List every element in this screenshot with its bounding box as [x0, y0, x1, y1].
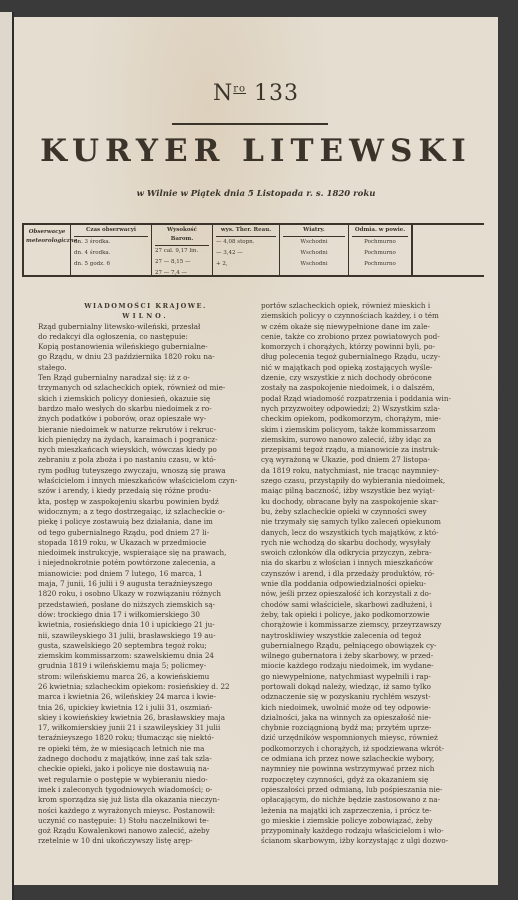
text-line: tnia 26, upickiey kwietnia 12 i julii 31… — [38, 703, 253, 713]
text-line: nić w majątkach pod opieką zostających w… — [261, 363, 476, 373]
text-line: komorzych i chorążych, którzy powinni by… — [261, 342, 476, 352]
text-line: Rząd gubernialny litewsko-wileński, prze… — [38, 322, 253, 332]
text-line: nych przyzwoitey odpowiedzi; 2) Wszystki… — [261, 404, 476, 414]
text-line: bu, żeby szlacheckie opieki w czynności … — [261, 507, 476, 517]
text-line: do redakcyi dla ogłoszenia, co następuie… — [38, 332, 253, 342]
text-line: dzić urzędników wspomnionych mieysc, rów… — [261, 733, 476, 743]
text-line: nych mieszkańcach wieyskich, wówczas kie… — [38, 445, 253, 455]
text-line: marca i kwietnia 26, wileńskiey 24 marca… — [38, 692, 253, 702]
text-line: zebraniu z pola zboża i po nastaniu czas… — [38, 455, 253, 465]
text-line: szego czasu, przystąpiły do wybierania n… — [261, 476, 476, 486]
text-line: trzymanych od szlacheckich opiek, równie… — [38, 383, 253, 393]
text-line: i niejednokrotnie potém powtórzone zalec… — [38, 558, 253, 568]
dateline: w Wilnie w Piątek dnia 5 Listopada r. s.… — [14, 189, 498, 199]
text-line: 17, wiłkomierskiey junii 21 i szawileysk… — [38, 723, 253, 733]
meteo-col-barometer: Wysokość Barom. 27 cal. 9,17 lin. 27 — 8… — [151, 225, 212, 275]
title-rule — [172, 123, 328, 125]
text-line: rych nie wchodzą do skarbu dochody, wysy… — [261, 538, 476, 548]
text-line: grudnia 1819 i wileńskiemu maja 5; polic… — [38, 661, 253, 671]
text-line: cyą wyrażoną w Ukazie, pod dniem 27 list… — [261, 455, 476, 465]
text-line: przedstawień, posłane do niższych ziemsk… — [38, 600, 253, 610]
meteorological-table: Obserwacye meteorologiczne. Czas obserwa… — [22, 223, 484, 277]
text-line: gusta, szawelskiego 20 septembra tegoż r… — [38, 641, 253, 651]
text-line: rozpoczętey czynności, gdyż za okazaniem… — [261, 775, 476, 785]
text-line: kich niedoimek, uwolnić może od tey odpo… — [261, 703, 476, 713]
text-line: ziemskim, surowo nanowo zalecić, iżby id… — [261, 435, 476, 445]
adjacent-page-edge — [0, 12, 12, 900]
text-line: go niewypełnione, natychmiast wypełnili … — [261, 672, 476, 682]
text-line: wilnego gubernatora i żeby skarbowy, w p… — [261, 651, 476, 661]
text-line: podał Rząd wiadomość rozpatrzenia i podd… — [261, 394, 476, 404]
text-line: ścianom skarbowym, iżby korzystając z ul… — [261, 836, 476, 846]
text-line: stopada 1819 roku, w Ukazach w przedmioc… — [38, 538, 253, 548]
text-line: od tego gubernialnego Rządu, pod dniem 2… — [38, 528, 253, 538]
text-line: kwietnia, rosieńskiego dnia 10 i upickie… — [38, 620, 253, 630]
text-line: portowali dokąd należy, wiedząc, iż samo… — [261, 682, 476, 692]
text-line: stałego. — [38, 363, 253, 373]
text-line: odznaczenie się w pozyskaniu rychłém wsz… — [261, 692, 476, 702]
text-line: nie trzymały się samych tylko zaleceń op… — [261, 517, 476, 527]
text-line: 1820 roku, i osobno Ukazy w rozwiązaniu … — [38, 589, 253, 599]
text-line: da 1819 roku, natychmiast, nie tracąc na… — [261, 466, 476, 476]
text-line: bardzo mało wesłych do skarbu niedoimek … — [38, 404, 253, 414]
text-line: skim i ziemskim policyom, także kommissa… — [261, 425, 476, 435]
text-line: rzetelnie w 10 dni ukończywszy listę arę… — [38, 836, 253, 846]
text-line: Kopią postanowienia wileńskiego gubernia… — [38, 342, 253, 352]
text-line: mianowicie: pod dniem 7 lutego, 16 marca… — [38, 569, 253, 579]
text-line: szów i arendy, i kiedy przedaią się różn… — [38, 486, 253, 496]
meteo-col-winds: Wiatry. Wschodni Wschodni Wschodni — [279, 225, 348, 275]
text-line: rym podług tuteyszego zwyczaju, wnoszą s… — [38, 466, 253, 476]
text-line: naytroskliwiey wszystkie zalecenia od te… — [261, 631, 476, 641]
text-line: leżenia na majątki ich zaprzeczenia, i p… — [261, 806, 476, 816]
article-column-right: portów szlacheckich opiek, również miesk… — [261, 301, 476, 847]
text-line: czynszów i arend, i dla przedaży produkt… — [261, 569, 476, 579]
issue-prefix: N — [213, 81, 233, 106]
article-columns: WIADOMOŚCI KRAJOWE. WILNO. Rząd gubernia… — [38, 301, 476, 847]
text-line: go mieskie i ziemskie policye zobowiązać… — [261, 816, 476, 826]
meteo-col-sky: Odmia. w powie. Pochmurno Pochmurno Poch… — [348, 225, 413, 275]
text-line: wnie dla poddania odpowiedzialności opie… — [261, 579, 476, 589]
text-line: opieszałości przed odmianą, lub pośpiesz… — [261, 785, 476, 795]
text-line: bieranie niedoimek w naturze rekrutów i … — [38, 425, 253, 435]
text-line: nów, jeśli przez opieszałość ich korzyst… — [261, 589, 476, 599]
text-line: nia do skarbu z włościan i innych mieszk… — [261, 558, 476, 568]
section-heading: WIADOMOŚCI KRAJOWE. — [38, 301, 253, 311]
article-column-left: WIADOMOŚCI KRAJOWE. WILNO. Rząd gubernia… — [38, 301, 253, 847]
text-line: żnych podatków i poborów, oraz opieszałe… — [38, 414, 253, 424]
text-line: ziemskich policyy o czynnościach każdey,… — [261, 311, 476, 321]
text-line: 26 kwietnia; szlacheckim opiekom: rosień… — [38, 682, 253, 692]
text-line: maiąc pilną baczność, iżby wszystkie bez… — [261, 486, 476, 496]
text-line: Ten Rząd gubernialny naradzał się: iż z … — [38, 373, 253, 383]
text-line: teraźnieyszego 1820 roku; tłumacząc się … — [38, 733, 253, 743]
text-line: przypominały każdego rodzaju właścicielo… — [261, 826, 476, 836]
text-line: skich i ziemskich policyy doniesień, oka… — [38, 394, 253, 404]
text-line: żeby, tak opieki i policye, jako podkomo… — [261, 610, 476, 620]
text-line: opłacającym, do nichże będzie zastosowan… — [261, 795, 476, 805]
masthead-title: KURYER LITEWSKI — [14, 133, 498, 169]
text-line: chorążowie i kommissarze ziemscy, przeyr… — [261, 620, 476, 630]
text-line: danych, lecz do wszystkich tych majątków… — [261, 528, 476, 538]
text-line: ności każdego z wyrażonych mieysc. Posta… — [38, 806, 253, 816]
text-line: kta, postęp w zaspokojeniu skarbu powini… — [38, 497, 253, 507]
text-line: skiey i kowieńskiey kwietnia 26, brasław… — [38, 713, 253, 723]
text-line: nii, szawileyskiego 31 julii, brasławski… — [38, 631, 253, 641]
text-line: cenie, także co zrobiono przez powiatowy… — [261, 332, 476, 342]
issue-number-value: 133 — [254, 81, 299, 106]
issue-number: Nro 133 — [14, 81, 498, 106]
text-line: niedoimek instrukcyje, wspieraiące się n… — [38, 548, 253, 558]
text-line: zostały na zaspokojenie niedoimek, i o d… — [261, 383, 476, 393]
text-line: strom: wileńskiemu marca 26, a kowieński… — [38, 672, 253, 682]
text-line: ku dochody, obracane były na zaspokojeni… — [261, 497, 476, 507]
text-line: dzenie, czy wszystkie z nich dochody obr… — [261, 373, 476, 383]
text-line: maja, 7 junii, 16 julii i 9 augusta tera… — [38, 579, 253, 589]
text-line: chybnie rozciągnioną bydź ma; przytém up… — [261, 723, 476, 733]
text-line: dzialności, jaka na winnych za opieszało… — [261, 713, 476, 723]
text-line: krom sporządza się już lista dla okazani… — [38, 795, 253, 805]
text-line: piekę i policye zostawuią bez działania,… — [38, 517, 253, 527]
text-line: goż Rządu Kowalenkowi nanowo zalecić, aż… — [38, 826, 253, 836]
text-line: uczynić co następuie: 1) Stołu naczelnik… — [38, 816, 253, 826]
text-line: go Rządu, w dniu 23 października 1820 ro… — [38, 352, 253, 362]
text-line: przepisami tegoż rządu, a mianowicie za … — [261, 445, 476, 455]
meteo-label: Obserwacye meteorologiczne. — [22, 225, 70, 275]
text-line: widocznym; a z tego dostrzegaiąc, iż szl… — [38, 507, 253, 517]
text-line: ce odmiana ich przez nowe szlacheckie wy… — [261, 754, 476, 764]
text-line: gubernialnego Rządu, pełniącego obowiąze… — [261, 641, 476, 651]
text-line: wet regularnie o postępie w wybieraniu n… — [38, 775, 253, 785]
issue-sup: ro — [233, 84, 246, 95]
text-line: dług polecenia tegoż gubernialnego Rządu… — [261, 352, 476, 362]
text-line: re opieki tém, że w miesiącach letnich n… — [38, 744, 253, 754]
text-line: podkomorzych i chorążych, iż spodziewana… — [261, 744, 476, 754]
text-line: imek i zaleconych tygodniowych wiadomośc… — [38, 785, 253, 795]
city-heading: WILNO. — [38, 311, 253, 321]
text-line: dów: trockiego dnia 17 i wiłkomierskiego… — [38, 610, 253, 620]
text-line: chodów sami właściciele, skarbowi zadłuż… — [261, 600, 476, 610]
text-line: w czém okaże się niewypełnione dane im z… — [261, 322, 476, 332]
newspaper-page: Nro 133 KURYER LITEWSKI w Wilnie w Piąte… — [14, 17, 498, 885]
text-line: ziemskim kommissarzom: szawelskiemu dnia… — [38, 651, 253, 661]
text-line: checkim opiekom, podkomorzym, chorążym, … — [261, 414, 476, 424]
text-line: swoich członków dla odkrycia przyczyn, z… — [261, 548, 476, 558]
text-line: naymniey nie powinna wstrzymywać przez n… — [261, 764, 476, 774]
text-line: właścicielom i innych mieszkańców właści… — [38, 476, 253, 486]
text-line: kich pieniędzy na żydach, karaimach i po… — [38, 435, 253, 445]
text-line: checkie opieki, jako i policye nie dosta… — [38, 764, 253, 774]
meteo-col-time: Czas obserwacyi dn. 3 środka. dn. 4 środ… — [70, 225, 151, 275]
text-line: portów szlacheckich opiek, również miesk… — [261, 301, 476, 311]
meteo-col-thermometer: wys. Ther. Reau. — 4,08 stopn. — 3,42 — … — [212, 225, 279, 275]
text-line: żadnego dochodu z majątków, inne zaś tak… — [38, 754, 253, 764]
text-line: miocie każdego rodzaju niedoimek, im wyd… — [261, 661, 476, 671]
